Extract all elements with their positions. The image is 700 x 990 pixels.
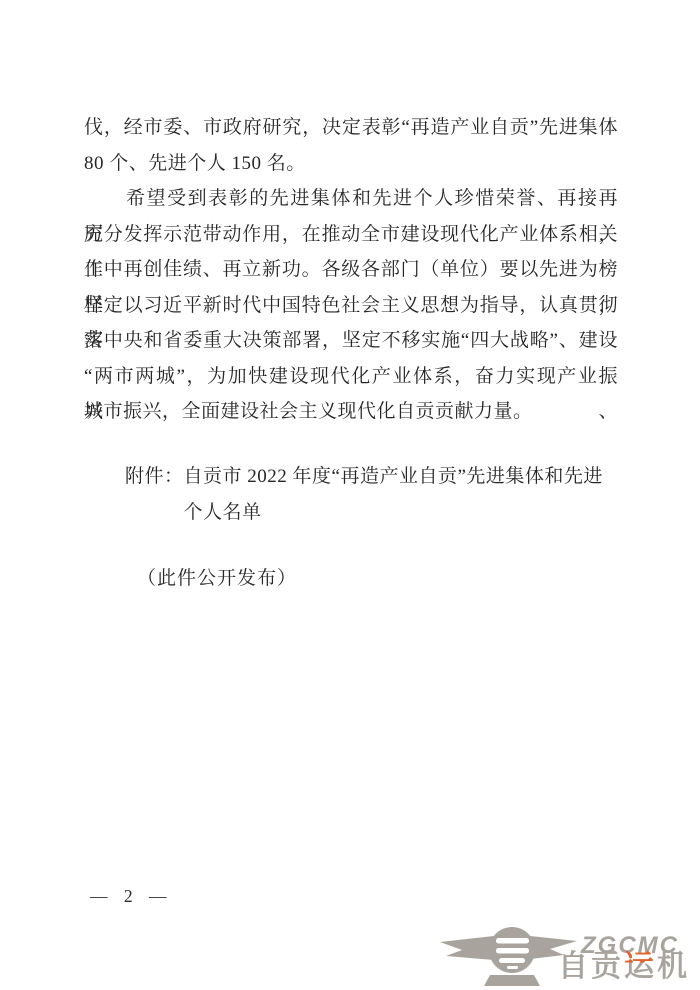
brand-char: 机 bbox=[657, 950, 690, 983]
body-line: 希望受到表彰的先进集体和先进个人珍惜荣誉、再接再厉， bbox=[84, 181, 618, 217]
body-line: “两市两城”，为加快建设现代化产业体系，奋力实现产业振兴、 bbox=[84, 359, 618, 395]
brand-char-accent: 运 bbox=[624, 950, 657, 983]
publish-note: （此件公开发布） bbox=[137, 566, 297, 592]
document-body: 伐，经市委、市政府研究，决定表彰“再造产业自贡”先进集体 80 个、先进个人 1… bbox=[84, 110, 618, 430]
attachment-note: 附件： 自贡市 2022 年度“再造产业自贡”先进集体和先进 个人名单 bbox=[125, 459, 603, 530]
body-line: 坚定以习近平新时代中国特色社会主义思想为指导，认真贯彻落 bbox=[84, 288, 618, 324]
body-line: 充分发挥示范带动作用，在推动全市建设现代化产业体系相关工 bbox=[84, 217, 618, 253]
attachment-label: 附件： bbox=[125, 459, 184, 495]
attachment-content: 自贡市 2022 年度“再造产业自贡”先进集体和先进 个人名单 bbox=[184, 459, 603, 530]
document-page: 伐，经市委、市政府研究，决定表彰“再造产业自贡”先进集体 80 个、先进个人 1… bbox=[0, 0, 700, 990]
attachment-line: 自贡市 2022 年度“再造产业自贡”先进集体和先进 bbox=[184, 459, 603, 495]
body-line: 80 个、先进个人 150 名。 bbox=[84, 146, 618, 182]
page-number: — 2 — bbox=[90, 886, 173, 907]
brand-char: 贡 bbox=[591, 950, 624, 983]
attachment-line: 个人名单 bbox=[184, 495, 603, 531]
body-line: 作中再创佳绩、再立新功。各级各部门（单位）要以先进为榜样， bbox=[84, 252, 618, 288]
brand-char: 自 bbox=[558, 950, 591, 983]
brand-name: 自贡运机 bbox=[558, 951, 690, 983]
body-line: 实中央和省委重大决策部署，坚定不移实施“四大战略”、建设 bbox=[84, 323, 618, 359]
brand-watermark: ZGCMC 自贡运机 bbox=[436, 926, 700, 990]
body-line: 伐，经市委、市政府研究，决定表彰“再造产业自贡”先进集体 bbox=[84, 110, 618, 146]
